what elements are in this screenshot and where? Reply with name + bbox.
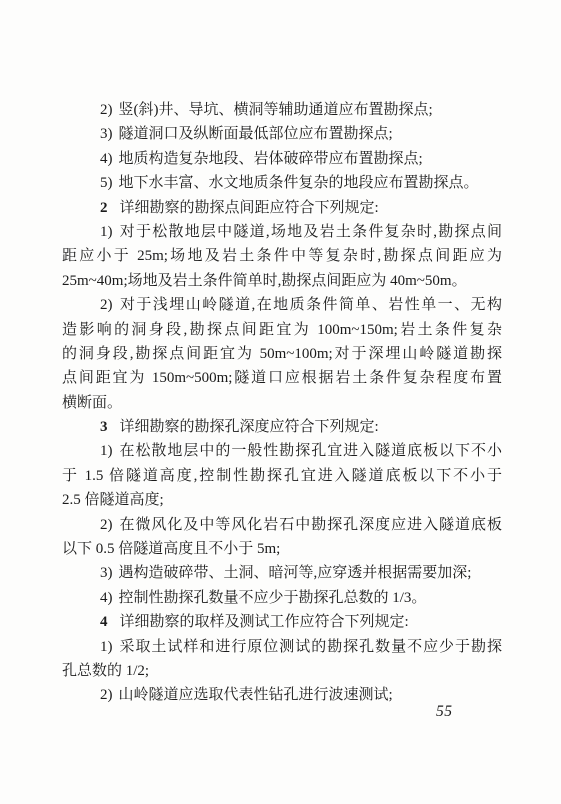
clause-number: 3: [100, 419, 108, 435]
item-marker: 4): [100, 590, 113, 606]
line-text: 地质构造复杂地段、岩体破碎带应布置勘探点;: [119, 151, 423, 167]
doc-line: 2)对于浅埋山岭隧道,在地质条件简单、岩性单一、无构: [62, 293, 502, 317]
clause-number: 4: [100, 614, 108, 630]
doc-line: 2.5 倍隧道高度;: [62, 488, 502, 512]
item-marker: 5): [100, 175, 113, 191]
document-page: 2)竖(斜)井、导坑、横洞等辅助通道应布置勘探点; 3)隧道洞口及纵断面最低部位…: [0, 0, 561, 804]
doc-line: 4)地质构造复杂地段、岩体破碎带应布置勘探点;: [62, 147, 502, 171]
line-text: 竖(斜)井、导坑、横洞等辅助通道应布置勘探点;: [119, 102, 433, 118]
item-marker: 2): [100, 517, 113, 533]
line-text: 山岭隧道应选取代表性钻孔进行波速测试;: [119, 687, 393, 703]
line-text: 在松散地层中的一般性勘探孔宜进入隧道底板以下不小: [119, 443, 503, 459]
item-marker: 3): [100, 565, 113, 581]
line-text: 详细勘察的勘探点间距应符合下列规定:: [120, 200, 379, 216]
item-marker: 1): [100, 443, 113, 459]
line-text: 点间距宜为 150m~500m;隧道口应根据岩土条件复杂程度布置: [62, 370, 502, 386]
doc-line: 3)遇构造破碎带、土洞、暗河等,应穿透并根据需要加深;: [62, 561, 502, 585]
line-text: 以下 0.5 倍隧道高度且不小于 5m;: [62, 541, 280, 557]
line-text: 采取土试样和进行原位测试的勘探孔数量不应少于勘探: [119, 639, 503, 655]
doc-line: 的洞身段,勘探点间距宜为 50m~100m;对于深埋山岭隧道勘探: [62, 342, 502, 366]
line-text: 造影响的洞身段,勘探点间距宜为 100m~150m;岩土条件复杂: [62, 322, 502, 338]
line-text: 隧道洞口及纵断面最低部位应布置勘探点;: [119, 126, 393, 142]
item-marker: 2): [100, 102, 113, 118]
line-text: 横断面。: [62, 395, 122, 411]
doc-line: 25m~40m;场地及岩土条件简单时,勘探点间距应为 40m~50m。: [62, 269, 502, 293]
line-text: 在微风化及中等风化岩石中勘探孔深度应进入隧道底板: [119, 517, 503, 533]
doc-line: 1)采取土试样和进行原位测试的勘探孔数量不应少于勘探: [62, 635, 502, 659]
doc-line: 1)在松散地层中的一般性勘探孔宜进入隧道底板以下不小: [62, 439, 502, 463]
clause-number: 2: [100, 200, 108, 216]
item-marker: 2): [100, 297, 113, 313]
line-text: 距应小于 25m;场地及岩土条件中等复杂时,勘探点间距应为: [62, 248, 502, 264]
doc-line: 2)竖(斜)井、导坑、横洞等辅助通道应布置勘探点;: [62, 98, 502, 122]
clause-heading: 4详细勘察的取样及测试工作应符合下列规定:: [62, 610, 502, 634]
item-marker: 2): [100, 687, 113, 703]
line-text: 遇构造破碎带、土洞、暗河等,应穿透并根据需要加深;: [119, 565, 472, 581]
line-text: 对于浅埋山岭隧道,在地质条件简单、岩性单一、无构: [119, 297, 503, 313]
text-block: 2)竖(斜)井、导坑、横洞等辅助通道应布置勘探点; 3)隧道洞口及纵断面最低部位…: [62, 98, 502, 708]
item-marker: 3): [100, 126, 113, 142]
doc-line: 于 1.5 倍隧道高度,控制性勘探孔宜进入隧道底板以下不小于: [62, 464, 502, 488]
clause-heading: 3详细勘察的勘探孔深度应符合下列规定:: [62, 415, 502, 439]
item-marker: 4): [100, 151, 113, 167]
doc-line: 4)控制性勘探孔数量不应少于勘探孔总数的 1/3。: [62, 586, 502, 610]
doc-line: 造影响的洞身段,勘探点间距宜为 100m~150m;岩土条件复杂: [62, 318, 502, 342]
line-text: 25m~40m;场地及岩土条件简单时,勘探点间距应为 40m~50m。: [62, 273, 467, 289]
line-text: 控制性勘探孔数量不应少于勘探孔总数的 1/3。: [119, 590, 427, 606]
line-text: 详细勘察的勘探孔深度应符合下列规定:: [120, 419, 379, 435]
doc-line: 2)在微风化及中等风化岩石中勘探孔深度应进入隧道底板: [62, 513, 502, 537]
line-text: 于 1.5 倍隧道高度,控制性勘探孔宜进入隧道底板以下不小于: [62, 468, 502, 484]
line-text: 孔总数的 1/2;: [62, 663, 149, 679]
doc-line: 孔总数的 1/2;: [62, 659, 502, 683]
page-number: 55: [436, 703, 453, 721]
doc-line: 5)地下水丰富、水文地质条件复杂的地段应布置勘探点。: [62, 171, 502, 195]
doc-line: 横断面。: [62, 391, 502, 415]
doc-line: 1)对于松散地层中隧道,场地及岩土条件复杂时,勘探点间: [62, 220, 502, 244]
doc-line: 3)隧道洞口及纵断面最低部位应布置勘探点;: [62, 122, 502, 146]
line-text: 详细勘察的取样及测试工作应符合下列规定:: [120, 614, 409, 630]
line-text: 地下水丰富、水文地质条件复杂的地段应布置勘探点。: [119, 175, 479, 191]
doc-line: 距应小于 25m;场地及岩土条件中等复杂时,勘探点间距应为: [62, 244, 502, 268]
item-marker: 1): [100, 639, 113, 655]
doc-line: 以下 0.5 倍隧道高度且不小于 5m;: [62, 537, 502, 561]
clause-heading: 2详细勘察的勘探点间距应符合下列规定:: [62, 196, 502, 220]
line-text: 对于松散地层中隧道,场地及岩土条件复杂时,勘探点间: [119, 224, 503, 240]
line-text: 的洞身段,勘探点间距宜为 50m~100m;对于深埋山岭隧道勘探: [62, 346, 502, 362]
item-marker: 1): [100, 224, 113, 240]
line-text: 2.5 倍隧道高度;: [62, 492, 164, 508]
doc-line: 点间距宜为 150m~500m;隧道口应根据岩土条件复杂程度布置: [62, 366, 502, 390]
